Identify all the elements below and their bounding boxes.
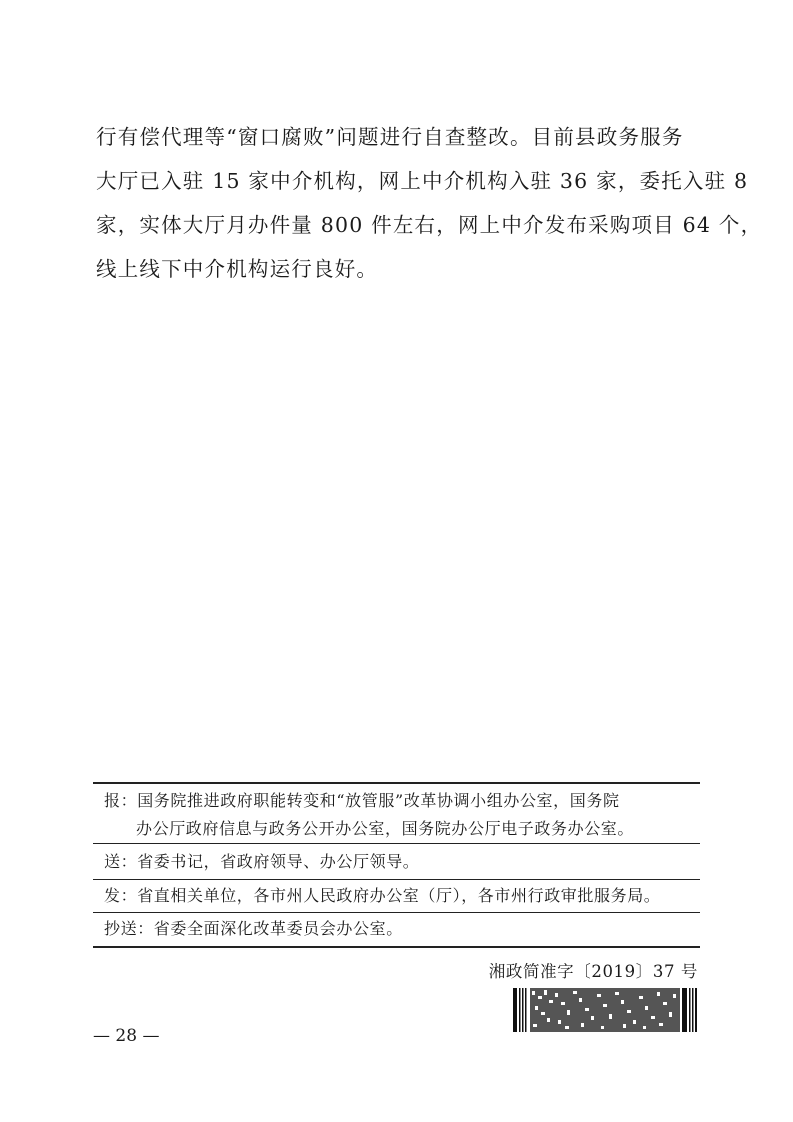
cc-recipients: 抄送：省委全面深化改革委员会办公室。 <box>104 919 403 939</box>
divider <box>93 843 700 844</box>
divider-top <box>93 782 700 784</box>
issue-recipients: 发：省直相关单位，各市州人民政府办公室（厅），各市州行政审批服务局。 <box>104 886 660 906</box>
body-line-3: 家，实体大厅月办件量 800 件左右，网上中介发布采购项目 64 个， <box>96 213 762 237</box>
body-line-1: 行有偿代理等“窗口腐败”问题进行自查整改。目前县政务服务 <box>96 125 684 149</box>
page-number: — 28 — <box>93 1026 159 1046</box>
divider <box>93 879 700 880</box>
divider-bottom <box>93 946 700 948</box>
report-recipients-line2: 办公厅政府信息与政务公开办公室，国务院办公厅电子政务办公室。 <box>136 819 634 839</box>
barcode-icon <box>513 988 697 1032</box>
divider <box>93 912 700 913</box>
report-recipients-line1: 报：国务院推进政府职能转变和“放管服”改革协调小组办公室，国务院 <box>104 791 620 811</box>
body-line-2: 大厅已入驻 15 家中介机构，网上中介机构入驻 36 家，委托入驻 8 <box>96 169 748 193</box>
body-line-4: 线上线下中介机构运行良好。 <box>96 257 378 281</box>
send-recipients: 送：省委书记，省政府领导、办公厅领导。 <box>104 852 419 872</box>
document-number: 湘政简准字〔2019〕37 号 <box>489 958 698 982</box>
